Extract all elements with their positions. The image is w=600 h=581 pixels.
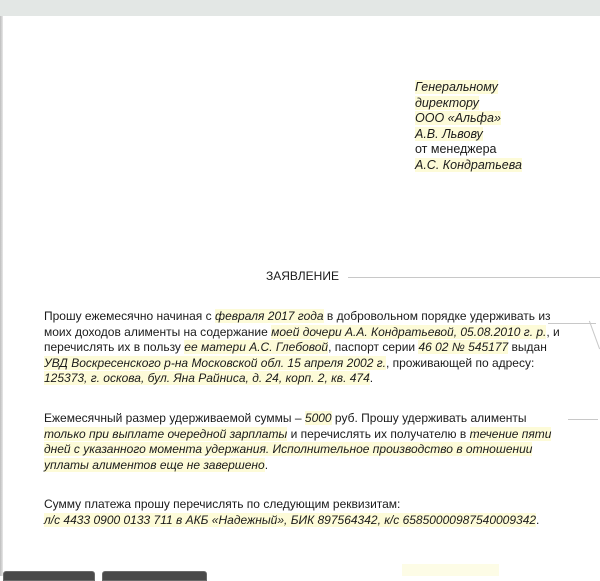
addressee-line: от менеджера [415,142,497,156]
text: . [536,513,539,527]
text: и перечислять их получателю в [287,427,469,441]
field-passport-issuer: УВД Воскресенского р-на Московской обл. … [44,356,386,370]
addressee-line: директору [415,96,479,110]
text: , паспорт серии [328,340,418,354]
field-bank-details: л/с 4433 0900 0133 711 в АКБ «Надежный»,… [44,513,536,527]
text: , проживающей по адресу: [386,356,534,370]
bottom-button[interactable] [3,571,95,576]
title-divider [348,277,600,278]
annotation-connector [568,419,598,420]
document-title: ЗАЯВЛЕНИЕ [266,269,339,283]
paragraph-payment: Сумму платежа прошу перечислять по следу… [44,497,564,528]
text: . [370,371,373,385]
text: руб. Прошу удерживать алименты [332,411,527,425]
field-address: 125373, г. оскова, бул. Яна Райниса, д. … [44,371,370,385]
text: . [265,458,268,472]
text: выдан [508,340,547,354]
addressee-block: Генеральному директору ООО «Альфа» А.В. … [415,80,522,173]
text: Ежемесячный размер удерживаемой суммы – [44,411,305,425]
highlight-fragment [402,564,499,576]
field-passport: 46 02 № 545177 [418,340,508,354]
field-amount: 5000 [305,411,332,425]
field-child: моей дочери А.А. Кондратьевой, 05.08.201… [271,325,546,339]
paragraph-request: Прошу ежемесячно начиная с февраля 2017 … [44,309,564,387]
field-recipient: ее матери А.С. Глебовой [184,340,328,354]
field-condition: только при выплате очередной зарплаты [44,427,287,441]
top-bar [0,0,600,16]
text: Сумму платежа прошу перечислять по следу… [44,497,564,513]
addressee-line: ООО «Альфа» [415,111,501,125]
addressee-line: А.В. Львову [415,127,483,141]
addressee-line: Генеральному [415,80,498,94]
field-start-date: февраля 2017 года [215,309,324,323]
addressee-line: А.С. Кондратьева [415,158,522,172]
bottom-button[interactable] [102,571,207,576]
paragraph-amount: Ежемесячный размер удерживаемой суммы – … [44,411,564,473]
text: Прошу ежемесячно начиная с [44,309,215,323]
